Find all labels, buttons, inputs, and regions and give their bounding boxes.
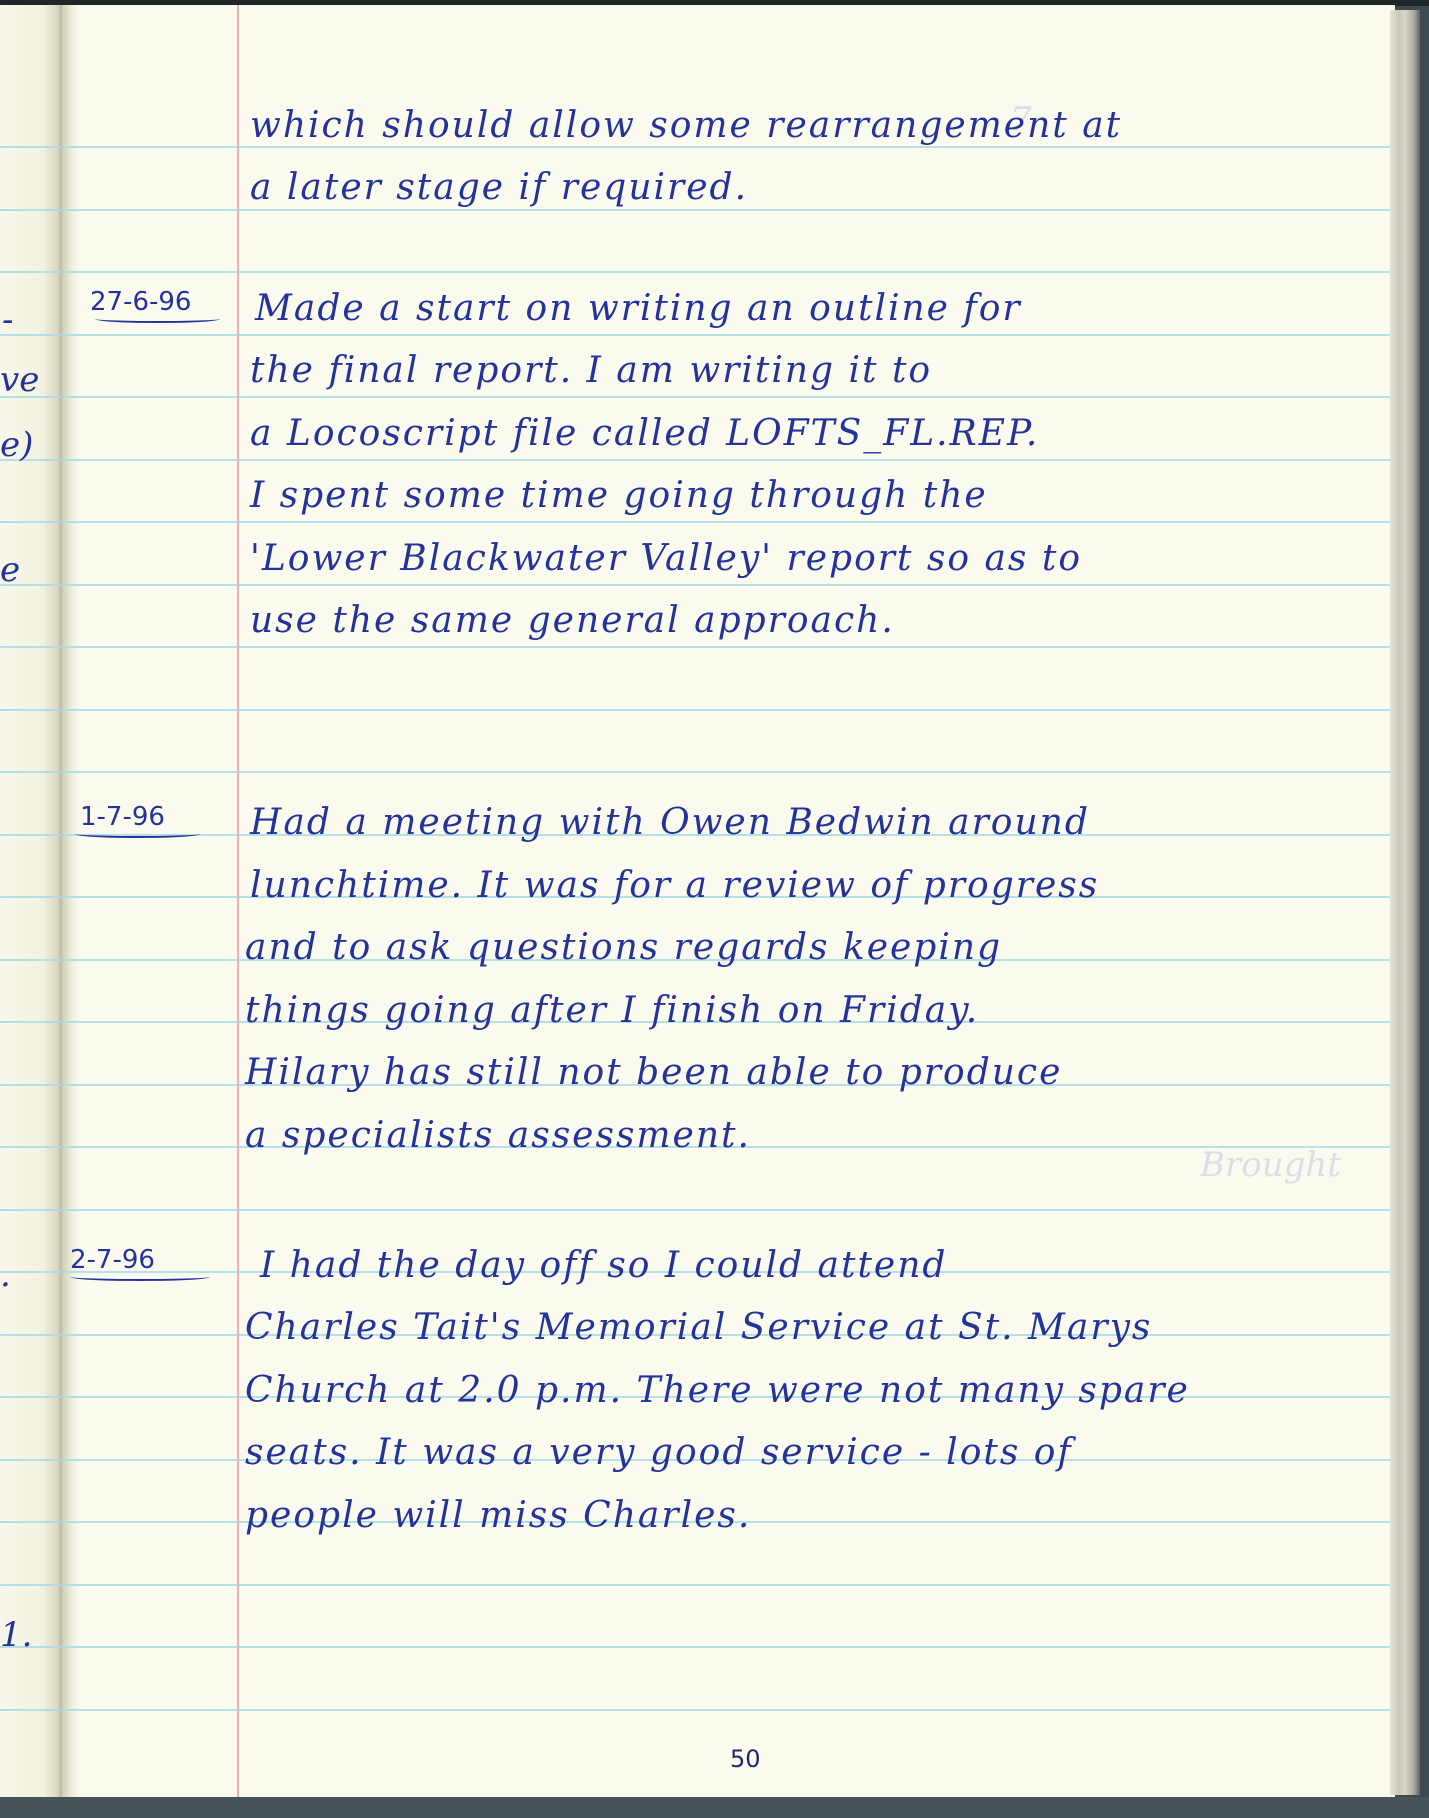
rule-line — [0, 459, 1390, 461]
entry-line: lunchtime. It was for a review of progre… — [250, 865, 1099, 906]
rule-line — [0, 334, 1390, 336]
entry-line: Charles Tait's Memorial Service at St. M… — [245, 1307, 1152, 1348]
left-page-fragment: e — [0, 550, 20, 590]
left-page-edge — [0, 5, 62, 1797]
entry-line: people will miss Charles. — [245, 1495, 751, 1536]
bleed-through-text: Brought — [1200, 1145, 1341, 1185]
rule-line — [0, 1584, 1390, 1586]
entry-line: the final report. I am writing it to — [250, 350, 932, 391]
rule-line — [0, 646, 1390, 648]
left-page-fragment: ve — [0, 360, 39, 400]
rule-line — [0, 1709, 1390, 1711]
entry-line: Had a meeting with Owen Bedwin around — [250, 802, 1090, 843]
entry-date: 27-6-96 — [90, 287, 191, 317]
page-stack-edge — [1390, 10, 1420, 1795]
entry-line: I had the day off so I could attend — [260, 1245, 947, 1286]
entry-line: Hilary has still not been able to produc… — [245, 1052, 1062, 1093]
rule-line — [0, 521, 1390, 523]
entry-line: 'Lower Blackwater Valley' report so as t… — [250, 538, 1082, 579]
rule-line — [0, 584, 1390, 586]
left-page-fragment: . — [0, 1255, 11, 1295]
continuation-line: which should allow some rearrangement at — [250, 105, 1122, 146]
rule-line — [0, 396, 1390, 398]
continuation-line: a later stage if required. — [250, 167, 748, 208]
rule-line — [0, 146, 1390, 148]
entry-date: 2-7-96 — [70, 1245, 155, 1275]
rule-line — [0, 209, 1390, 211]
left-page-fragment: 1. — [0, 1615, 32, 1655]
rule-line — [0, 1209, 1390, 1211]
rule-line — [0, 1646, 1390, 1648]
entry-line: Made a start on writing an outline for — [255, 288, 1022, 329]
date-underline — [75, 830, 200, 838]
gutter-shadow — [62, 5, 80, 1797]
entry-line: use the same general approach. — [250, 600, 895, 641]
entry-line: a Locoscript file called LOFTS_FL.REP. — [250, 413, 1039, 454]
entry-line: seats. It was a very good service - lots… — [245, 1432, 1073, 1473]
entry-line: things going after I finish on Friday. — [245, 990, 979, 1031]
entry-line: a specialists assessment. — [245, 1115, 751, 1156]
rule-line — [0, 271, 1390, 273]
scan-bottom-edge — [0, 1797, 1429, 1818]
notebook-spread: - ve e) e . 1. 7 Brought which should al… — [0, 5, 1395, 1797]
entry-line: Church at 2.0 p.m. There were not many s… — [245, 1370, 1190, 1411]
margin-line — [237, 5, 239, 1797]
left-page-fragment: - — [2, 300, 14, 340]
rule-line — [0, 709, 1390, 711]
page-number: 50 — [730, 1745, 761, 1773]
left-page-fragment: e) — [0, 425, 33, 465]
rule-line — [0, 771, 1390, 773]
entry-line: I spent some time going through the — [250, 475, 988, 516]
date-underline — [70, 1273, 210, 1281]
entry-line: and to ask questions regards keeping — [245, 927, 1002, 968]
date-underline — [95, 315, 220, 323]
entry-date: 1-7-96 — [80, 802, 165, 832]
